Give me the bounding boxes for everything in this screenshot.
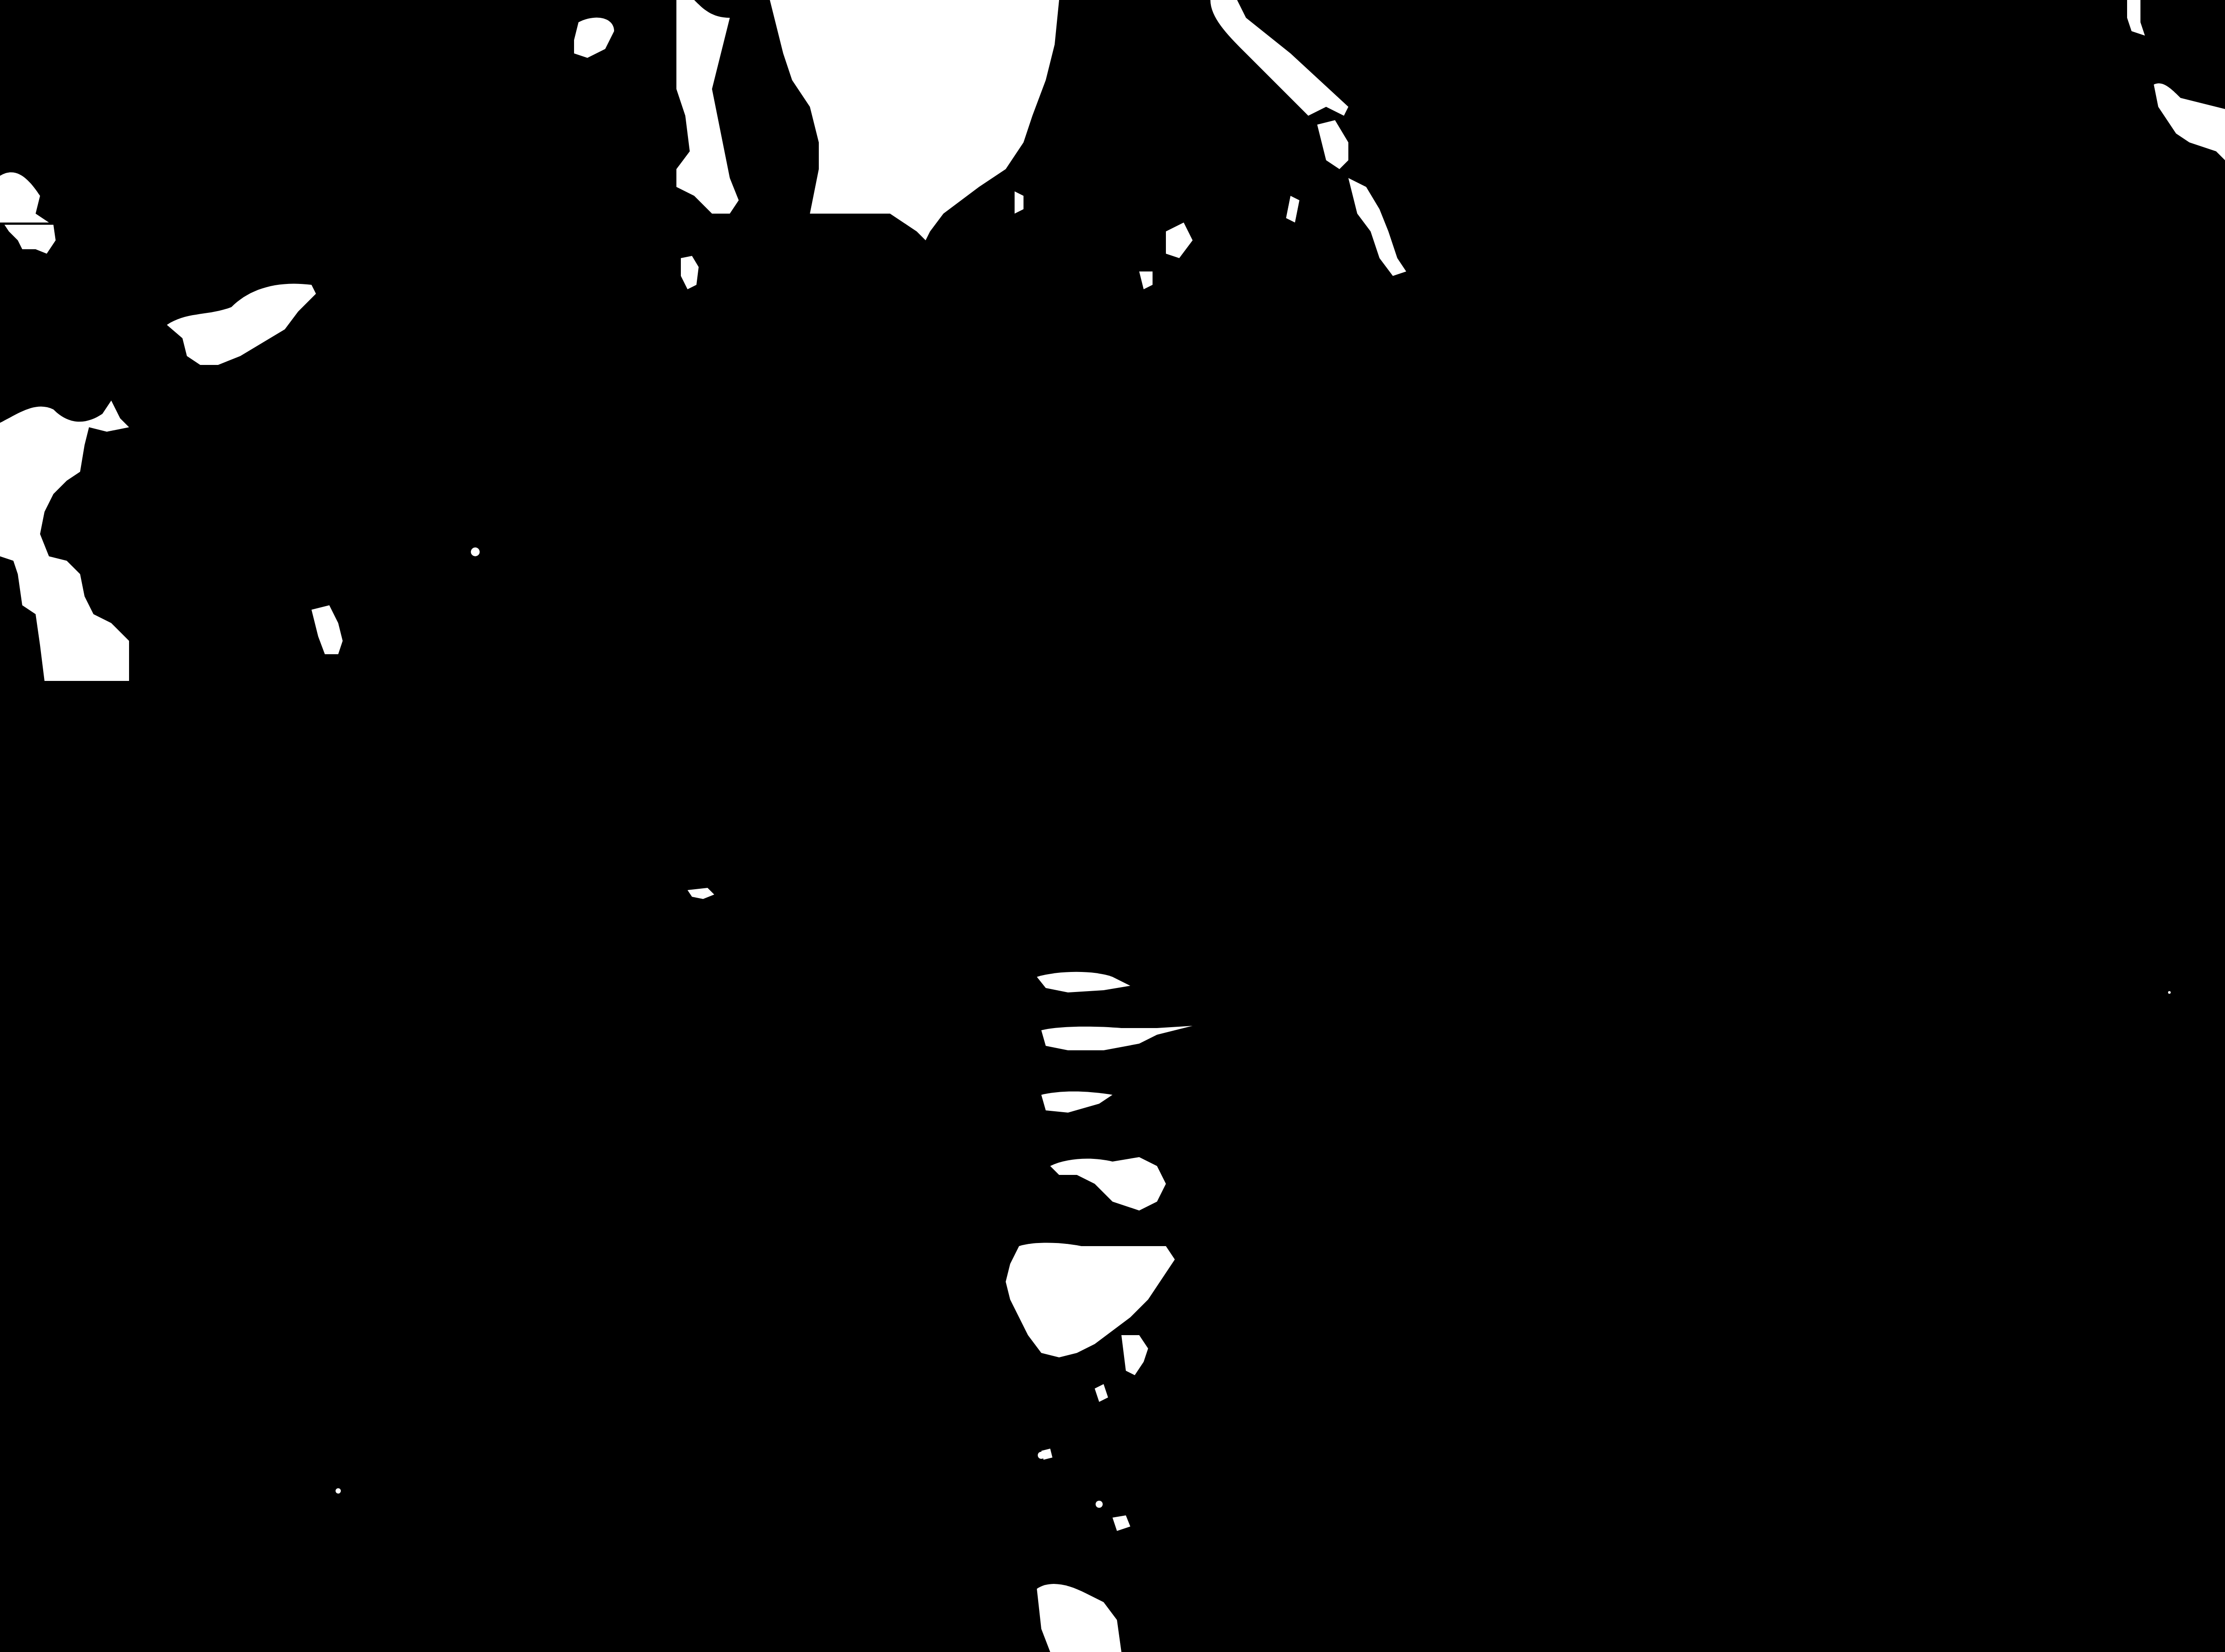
background (0, 0, 2225, 1652)
segmentation-mask (0, 0, 2225, 1652)
